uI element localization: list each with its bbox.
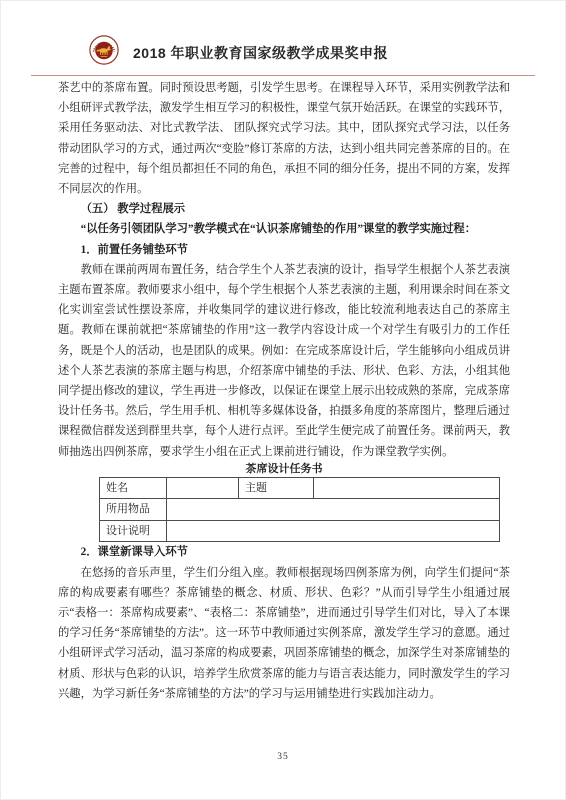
paragraph-continuation: 茶艺中的茶席布置。同时预设思考题，引发学生思考。在课程导入环节，采用实例教学法和…	[58, 78, 510, 199]
subsection-heading: “以任务引领团队学习”教学模式在“认识茶席铺垫的作用”课堂的教学实施过程：	[58, 219, 510, 239]
section-heading-5: （五） 教学过程展示	[58, 199, 510, 219]
cell-theme-label: 主题	[239, 477, 314, 499]
page-number: 35	[1, 752, 565, 762]
table-row: 姓名 主题	[100, 477, 500, 499]
cell-notes-label: 设计说明	[100, 520, 167, 542]
cell-name-label: 姓名	[100, 477, 167, 499]
cell-notes-value	[167, 520, 500, 542]
table-caption: 茶席设计任务书	[58, 462, 510, 477]
award-seal-icon	[89, 35, 119, 65]
paragraph-lesson-intro: 在悠扬的音乐声里，学生们分组入座。教师根据现场四例茶席为例，向学生们提问“茶席的…	[58, 563, 510, 704]
cell-items-label: 所用物品	[100, 499, 167, 521]
document-page: 2018 年职业教育国家级教学成果奖申报 茶艺中的茶席布置。同时预设思考题，引发…	[0, 0, 566, 800]
task-sheet-table: 姓名 主题 所用物品 设计说明	[99, 477, 500, 543]
paragraph-pre-task: 教师在课前两周布置任务，结合学生个人茶艺表演的设计，指导学生根据个人茶艺表演主题…	[58, 260, 510, 462]
table-row: 所用物品	[100, 499, 500, 521]
cell-name-value	[167, 477, 239, 499]
step2-heading: 2．课堂新课导入环节	[58, 542, 510, 562]
header-divider	[31, 75, 535, 76]
cell-items-value	[167, 499, 500, 521]
cell-theme-value	[314, 477, 500, 499]
document-body: 茶艺中的茶席布置。同时预设思考题，引发学生思考。在课程导入环节，采用实例教学法和…	[58, 78, 510, 704]
table-row: 设计说明	[100, 520, 500, 542]
step1-heading: 1．前置任务铺垫环节	[58, 240, 510, 260]
document-header-title: 2018 年职业教育国家级教学成果奖申报	[133, 43, 388, 63]
